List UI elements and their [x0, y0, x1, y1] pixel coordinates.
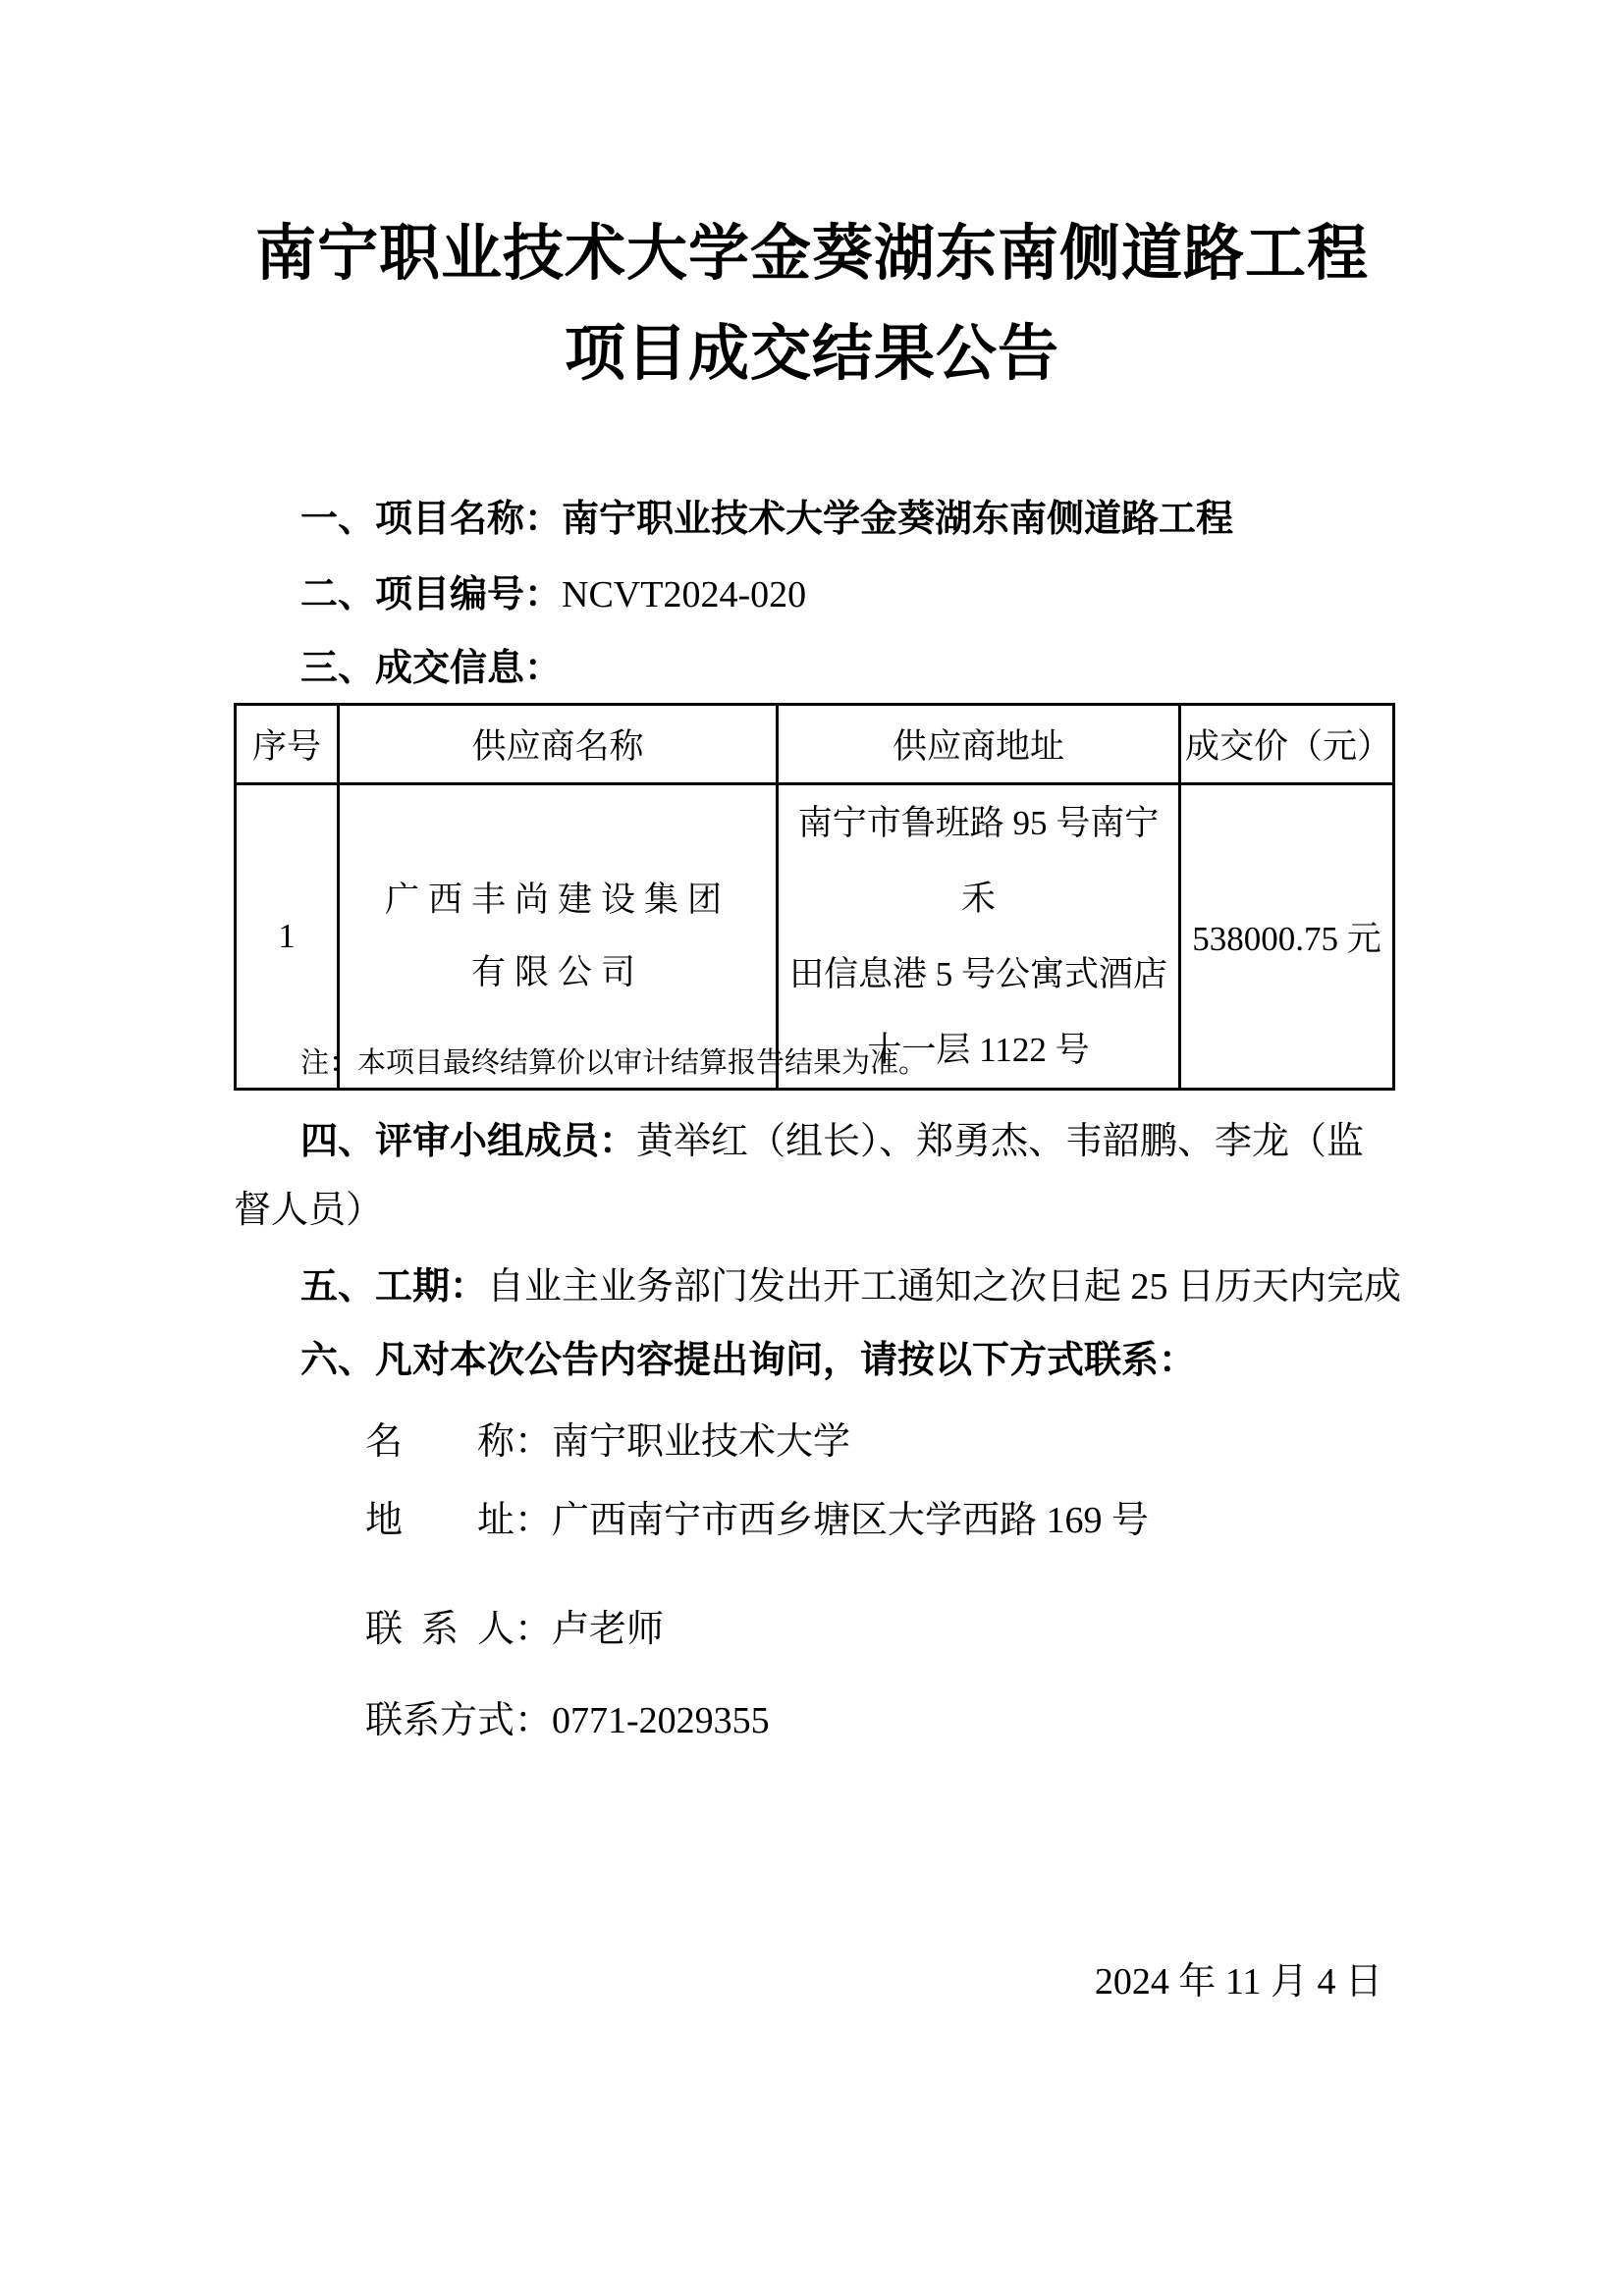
date-line: 2024 年 11 月 4 日 — [1095, 1958, 1382, 2005]
item-project-name-label: 一、项目名称： — [300, 499, 562, 540]
page-title-line2: 项目成交结果公告 — [0, 318, 1624, 391]
header-price: 成交价（元） — [1180, 705, 1394, 784]
header-supplier-name: 供应商名称 — [339, 705, 778, 784]
page-title-line1: 南宁职业技术大学金葵湖东南侧道路工程 — [0, 218, 1624, 291]
contact-phone-line: 联系方式：0771-2029355 — [365, 1697, 1394, 1744]
table-row: 1 广西丰尚建设集团 有限公司 南宁市鲁班路 95 号南宁禾 田信息港 5 号公… — [236, 784, 1394, 1090]
item-inquiry-label: 六、凡对本次公告内容提出询问，请按以下方式联系： — [300, 1340, 1196, 1381]
header-seq: 序号 — [236, 705, 339, 784]
item-inquiry: 六、凡对本次公告内容提出询问，请按以下方式联系： — [234, 1337, 1394, 1384]
item-review-panel-line1: 四、评审小组成员：黄举红（组长）、郑勇杰、韦韶鹏、李龙（监 — [234, 1118, 1394, 1165]
contact-name-line: 名 称：南宁职业技术大学 — [365, 1418, 1394, 1466]
announcement-page: 南宁职业技术大学金葵湖东南侧道路工程 项目成交结果公告 一、项目名称：南宁职业技… — [0, 0, 1624, 2296]
result-table: 序号 供应商名称 供应商地址 成交价（元） 1 广西丰尚建设集团 有限公司 南宁… — [234, 703, 1395, 1091]
item-review-panel-line2: 督人员） — [234, 1187, 1394, 1234]
cell-supplier-name: 广西丰尚建设集团 有限公司 — [339, 784, 778, 1090]
item-project-number: 二、项目编号：NCVT2024-020 — [234, 571, 1394, 618]
item-project-name: 一、项目名称：南宁职业技术大学金葵湖东南侧道路工程 — [234, 496, 1394, 543]
item-project-number-label: 二、项目编号： — [300, 574, 562, 615]
cell-seq: 1 — [236, 784, 339, 1090]
header-supplier-address: 供应商地址 — [778, 705, 1180, 784]
cell-supplier-address: 南宁市鲁班路 95 号南宁禾 田信息港 5 号公寓式酒店 十一层 1122 号 — [778, 784, 1180, 1090]
item-deal-info-label: 三、成交信息： — [300, 648, 562, 689]
item-review-panel-members: 黄举红（组长）、郑勇杰、韦韶鹏、李龙（监 — [636, 1121, 1364, 1162]
item-review-panel-label: 四、评审小组成员： — [300, 1121, 636, 1162]
item-duration-value: 自业主业务部门发出开工通知之次日起 25 日历天内完成 — [487, 1266, 1401, 1308]
contact-person-line: 联 系 人：卢老师 — [365, 1606, 1394, 1653]
contact-address-line: 地 址：广西南宁市西乡塘区大学西路 169 号 — [365, 1497, 1394, 1544]
item-deal-info: 三、成交信息： — [234, 645, 1394, 692]
item-duration: 五、工期：自业主业务部门发出开工通知之次日起 25 日历天内完成 — [234, 1263, 1394, 1310]
item-project-name-value: 南宁职业技术大学金葵湖东南侧道路工程 — [562, 499, 1233, 540]
cell-price: 538000.75 元 — [1180, 784, 1394, 1090]
table-header-row: 序号 供应商名称 供应商地址 成交价（元） — [236, 705, 1394, 784]
item-duration-label: 五、工期： — [300, 1266, 487, 1308]
item-project-number-value: NCVT2024-020 — [562, 574, 806, 615]
note-line: 注：本项目最终结算价以审计结算报告结果为准。 — [234, 1044, 1394, 1082]
